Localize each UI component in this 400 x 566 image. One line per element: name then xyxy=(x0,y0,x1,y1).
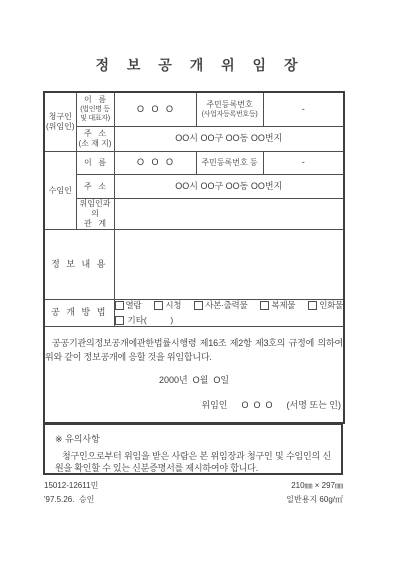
claimant-section-label-line1: 청구인 xyxy=(45,112,76,122)
statement-body: 공공기관의정보공개에관한법률시행령 제16조 제2항 제3호의 규정에 의하여 … xyxy=(45,337,343,364)
checkbox-other-icon xyxy=(115,316,124,325)
claimant-addr-label-line2: (소 재 지) xyxy=(77,139,114,149)
agent-id-label: 주민등록번호 등 xyxy=(201,158,257,167)
agent-section-cell: 수임인 xyxy=(44,151,76,229)
agent-name-value-cell: O O O xyxy=(114,151,196,174)
checkbox-copy-printout-icon xyxy=(194,301,203,310)
claimant-addr-value-cell: OO시 OO구 OO동 OO번지 xyxy=(114,126,344,151)
agent-name-label-cell: 이 름 xyxy=(76,151,114,174)
method-option-photo-print-label: 인화물 xyxy=(319,300,343,311)
method-label: 공 개 방 법 xyxy=(51,307,107,317)
form-approval-date: '97.5.26. 승인 xyxy=(44,493,98,507)
agent-addr-value-cell: OO시 OO구 OO동 OO번지 xyxy=(114,174,344,198)
statement-signature-line: 위임인 O O O (서명 또는 인) xyxy=(45,400,343,411)
claimant-name-label-line2: (법인명 등 xyxy=(77,105,114,114)
claimant-addr-label-cell: 주 소 (소 재 지) xyxy=(76,126,114,151)
claimant-name-value-cell: O O O xyxy=(114,92,196,126)
agent-addr-value: OO시 OO구 OO동 OO번지 xyxy=(175,181,282,191)
notice-box: ※ 유의사항 청구인으로부터 위임을 받은 사람은 본 위임장과 청구인 및 수… xyxy=(43,423,343,475)
agent-name-label: 이 름 xyxy=(84,158,106,167)
claimant-id-label-line1: 주민등록번호 xyxy=(197,100,263,110)
method-options-row: 열람 시청 사본·출력물 복제물 xyxy=(115,300,344,311)
claimant-addr-value: OO시 OO구 OO동 OO번지 xyxy=(175,133,282,143)
agent-id-value-cell: - xyxy=(263,151,344,174)
method-option-viewing: 시청 xyxy=(154,300,181,311)
signature-seal-note: (서명 또는 인) xyxy=(287,400,341,411)
checkbox-viewing-icon xyxy=(154,301,163,310)
signature-role-label: 위임인 xyxy=(201,400,227,411)
agent-name-value: O O O xyxy=(137,157,173,167)
method-label-cell: 공 개 방 법 xyxy=(44,299,114,326)
statement-date: 2000년 O월 O일 xyxy=(45,375,343,386)
method-option-copy-printout: 사본·출력물 xyxy=(194,300,247,311)
notice-heading: ※ 유의사항 xyxy=(55,432,331,445)
agent-addr-label-cell: 주 소 xyxy=(76,174,114,198)
claimant-section-label-line2: (위임인) xyxy=(45,122,76,132)
claimant-id-label-line2: (사업자등록번호등) xyxy=(197,110,263,119)
form-code-block: 15012-12611민 '97.5.26. 승인 xyxy=(44,479,98,507)
info-content-label: 정 보 내 용 xyxy=(51,259,107,269)
paper-type: 일반용지 60g/㎡ xyxy=(286,493,343,507)
method-option-copy-printout-label: 사본·출력물 xyxy=(205,300,247,311)
method-option-viewing-label: 시청 xyxy=(165,300,181,311)
method-option-photo-print: 인화물 xyxy=(308,300,343,311)
checkbox-duplicate-icon xyxy=(260,301,269,310)
agent-relation-value-cell xyxy=(114,198,344,229)
claimant-id-label-cell: 주민등록번호 (사업자등록번호등) xyxy=(196,92,263,126)
page-title: 정 보 공 개 위 임 장 xyxy=(0,55,400,75)
agent-id-value: - xyxy=(302,157,305,167)
agent-relation-label-line1: 위임인과의 xyxy=(77,199,114,219)
claimant-id-value: - xyxy=(302,104,305,114)
claimant-name-value: O O O xyxy=(137,104,173,114)
signature-name-value: O O O xyxy=(242,400,273,411)
claimant-name-label-cell: 이 름 (법인명 등 및 대표자) xyxy=(76,92,114,126)
claimant-name-label-line3: 및 대표자) xyxy=(77,114,114,123)
checkbox-photo-print-icon xyxy=(308,301,317,310)
info-content-label-cell: 정 보 내 용 xyxy=(44,229,114,299)
method-option-other: 기타( ) xyxy=(115,315,344,326)
method-option-duplicate-label: 복제물 xyxy=(271,300,295,311)
agent-relation-label-line2: 관 계 xyxy=(77,219,114,229)
method-options-cell: 열람 시청 사본·출력물 복제물 xyxy=(114,299,344,326)
form-code: 15012-12611민 xyxy=(44,479,98,493)
method-option-reading: 열람 xyxy=(115,300,142,311)
claimant-section-cell: 청구인 (위임인) xyxy=(44,92,76,151)
agent-addr-label: 주 소 xyxy=(84,182,106,191)
claimant-name-label-line1: 이 름 xyxy=(77,95,114,105)
agent-section-label: 수임인 xyxy=(49,186,72,195)
method-option-reading-label: 열람 xyxy=(126,300,142,311)
claimant-addr-label-line1: 주 소 xyxy=(77,129,114,139)
agent-relation-label-cell: 위임인과의 관 계 xyxy=(76,198,114,229)
method-option-duplicate: 복제물 xyxy=(260,300,295,311)
paper-size: 210㎜ × 297㎜ xyxy=(286,479,343,493)
checkbox-reading-icon xyxy=(115,301,124,310)
statement-cell: 공공기관의정보공개에관한법률시행령 제16조 제2항 제3호의 규정에 의하여 … xyxy=(44,326,344,423)
method-option-other-label: 기타( ) xyxy=(128,315,174,326)
agent-id-label-cell: 주민등록번호 등 xyxy=(196,151,263,174)
claimant-id-value-cell: - xyxy=(263,92,344,126)
delegation-form-table: 청구인 (위임인) 이 름 (법인명 등 및 대표자) O O O 주민등록번호… xyxy=(43,91,345,424)
notice-body: 청구인으로부터 위임을 받은 사람은 본 위임장과 청구인 및 수임인의 신원을… xyxy=(55,450,331,474)
paper-spec-block: 210㎜ × 297㎜ 일반용지 60g/㎡ xyxy=(286,479,343,507)
info-content-value-cell xyxy=(114,229,344,299)
